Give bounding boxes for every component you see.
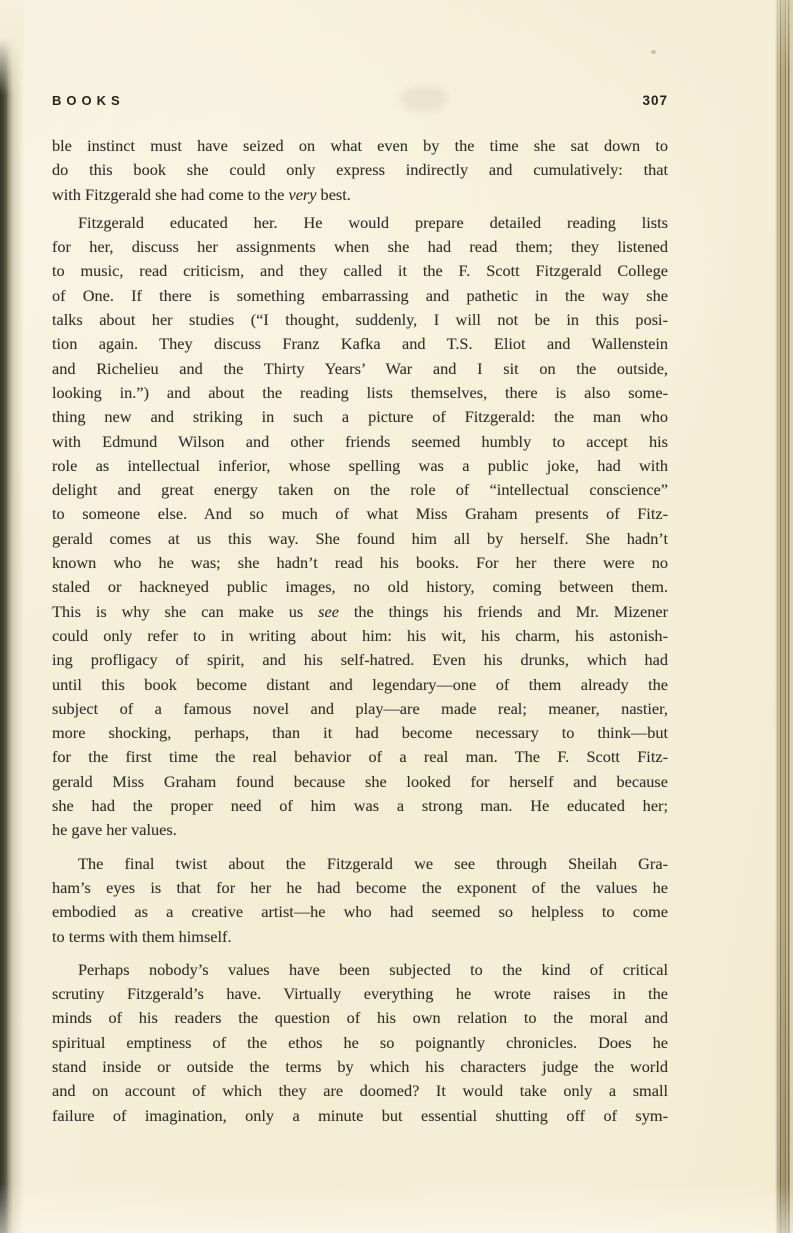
text-line: could only refer to in writing about him… <box>52 624 668 648</box>
text-line: he gave her values. <box>52 818 668 842</box>
text-line: with Edmund Wilson and other friends see… <box>52 430 668 454</box>
italic-text: very <box>288 185 316 204</box>
text-line: embodied as a creative artist—he who had… <box>52 900 668 924</box>
text-line: ing profligacy of spirit, and his self-h… <box>52 648 668 672</box>
text-line: delight and great energy taken on the ro… <box>52 478 668 502</box>
text-line: minds of his readers the question of his… <box>52 1006 668 1030</box>
paragraph: ble instinct must have seized on what ev… <box>52 134 668 207</box>
text-line: known who he was; she hadn’t read his bo… <box>52 551 668 575</box>
text-line: ble instinct must have seized on what ev… <box>52 134 668 158</box>
text-line: tion again. They discuss Franz Kafka and… <box>52 332 668 356</box>
text-line: ham’s eyes is that for her he had become… <box>52 876 668 900</box>
scan-speck <box>651 50 656 54</box>
text-line: to music, read criticism, and they calle… <box>52 259 668 283</box>
text-line: talks about her studies (“I thought, sud… <box>52 308 668 332</box>
text-line: for her, discuss her assignments when sh… <box>52 235 668 259</box>
text-line: to someone else. And so much of what Mis… <box>52 502 668 526</box>
text-line: Perhaps nobody’s values have been subjec… <box>52 958 668 982</box>
page-edges-strip <box>775 0 793 1233</box>
text-line: The final twist about the Fitzgerald we … <box>52 852 668 876</box>
page-number: 307 <box>642 93 668 108</box>
text-line: thing new and striking in such a picture… <box>52 405 668 429</box>
text-line: spiritual emptiness of the ethos he so p… <box>52 1031 668 1055</box>
text-line: gerald comes at us this way. She found h… <box>52 527 668 551</box>
text-line: and on account of which they are doomed?… <box>52 1079 668 1103</box>
text-line: she had the proper need of him was a str… <box>52 794 668 818</box>
text-line: failure of imagination, only a minute bu… <box>52 1104 668 1128</box>
text-line: Fitzgerald educated her. He would prepar… <box>52 211 668 235</box>
text-line: role as intellectual inferior, whose spe… <box>52 454 668 478</box>
page-body: ble instinct must have seized on what ev… <box>52 134 668 1128</box>
italic-text: see <box>318 602 339 621</box>
text-line: staled or hackneyed public images, no ol… <box>52 575 668 599</box>
text-line: of One. If there is something embarrassi… <box>52 284 668 308</box>
book-page: BOOKS 307 ble instinct must have seized … <box>0 0 793 1233</box>
paragraph: The final twist about the Fitzgerald we … <box>52 852 668 949</box>
paragraph: Perhaps nobody’s values have been subjec… <box>52 958 668 1128</box>
binding-shadow-edge <box>0 0 24 1233</box>
text-line: until this book become distant and legen… <box>52 673 668 697</box>
text-line: to terms with them himself. <box>52 925 668 949</box>
text-line: subject of a famous novel and play—are m… <box>52 697 668 721</box>
text-line: This is why she can make us see the thin… <box>52 600 668 624</box>
text-line: looking in.”) and about the reading list… <box>52 381 668 405</box>
text-line: stand inside or outside the terms by whi… <box>52 1055 668 1079</box>
paragraph: Fitzgerald educated her. He would prepar… <box>52 211 668 843</box>
running-header: BOOKS 307 <box>52 93 668 108</box>
text-line: do this book she could only express indi… <box>52 158 668 182</box>
text-line: and Richelieu and the Thirty Years’ War … <box>52 357 668 381</box>
text-line: more shocking, perhaps, than it had beco… <box>52 721 668 745</box>
section-title: BOOKS <box>52 93 125 108</box>
text-line: for the first time the real behavior of … <box>52 745 668 769</box>
text-line: scrutiny Fitzgerald’s have. Virtually ev… <box>52 982 668 1006</box>
text-line: with Fitzgerald she had come to the very… <box>52 183 668 207</box>
text-line: gerald Miss Graham found because she loo… <box>52 770 668 794</box>
